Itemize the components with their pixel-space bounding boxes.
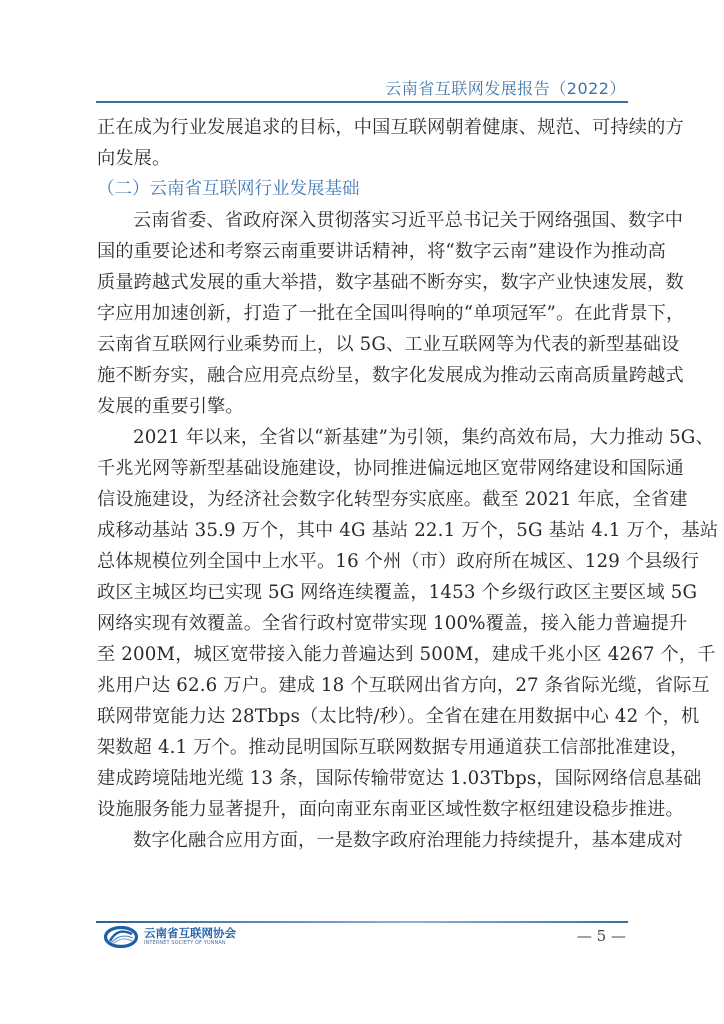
report-title: 云南省互联网发展报告（2022） bbox=[385, 76, 626, 99]
page-number: — 5 — bbox=[577, 927, 626, 945]
text-line: 千兆光网等新型基础设施建设，协同推进偏远地区宽带网络建设和国际通 bbox=[97, 453, 629, 484]
society-name-en: INTERNET SOCIETY OF YUNNAN bbox=[144, 940, 236, 947]
text-line: 兆用户达 62.6 万户。建成 18 个互联网出省方向，27 条省际光缆，省际互 bbox=[97, 670, 629, 701]
text-line: 云南省互联网行业乘势而上，以 5G、工业互联网等为代表的新型基础设 bbox=[97, 329, 629, 360]
text-line: 至 200M，城区宽带接入能力普遍达到 500M，建成千兆小区 4267 个，千 bbox=[97, 639, 629, 670]
text-line: 数字化融合应用方面，一是数字政府治理能力持续提升，基本建成对 bbox=[97, 825, 629, 856]
text-line: 架数超 4.1 万个。推动昆明国际互联网数据专用通道获工信部批准建设， bbox=[97, 732, 629, 763]
text-line: 向发展。 bbox=[97, 143, 629, 174]
text-line: 联网带宽能力达 28Tbps（太比特/秒）。全省在建在用数据中心 42 个，机 bbox=[97, 701, 629, 732]
society-name-cn: 云南省互联网协会 bbox=[144, 927, 236, 940]
text-line: 质量跨越式发展的重大举措，数字基础不断夯实，数字产业快速发展，数 bbox=[97, 267, 629, 298]
text-line: 国的重要论述和考察云南重要讲话精神，将“数字云南”建设作为推动高 bbox=[97, 236, 629, 267]
text-line: 总体规模位列全国中上水平。16 个州（市）政府所在城区、129 个县级行 bbox=[97, 546, 629, 577]
society-logo: 云南省互联网协会 INTERNET SOCIETY OF YUNNAN bbox=[104, 926, 236, 948]
text-line: 建成跨境陆地光缆 13 条，国际传输带宽达 1.03Tbps，国际网络信息基础 bbox=[97, 763, 629, 794]
paragraph-applications: 数字化融合应用方面，一是数字政府治理能力持续提升，基本建成对 bbox=[97, 825, 629, 856]
footer-divider bbox=[96, 921, 628, 923]
section-heading: （二）云南省互联网行业发展基础 bbox=[97, 174, 629, 205]
paragraph-foundation: 云南省委、省政府深入贯彻落实习近平总书记关于网络强国、数字中 国的重要论述和考察… bbox=[97, 205, 629, 422]
text-line: 政区主城区均已实现 5G 网络连续覆盖，1453 个乡级行政区主要区域 5G bbox=[97, 577, 629, 608]
text-line: 发展的重要引擎。 bbox=[97, 391, 629, 422]
society-emblem-icon bbox=[104, 926, 138, 948]
text-line: 施不断夯实，融合应用亮点纷呈，数字化发展成为推动云南高质量跨越式 bbox=[97, 360, 629, 391]
text-line: 成移动基站 35.9 万个，其中 4G 基站 22.1 万个，5G 基站 4.1… bbox=[97, 515, 629, 546]
paragraph-infrastructure: 2021 年以来，全省以“新基建”为引领，集约高效布局，大力推动 5G、 千兆光… bbox=[97, 422, 629, 825]
page-body: 正在成为行业发展追求的目标，中国互联网朝着健康、规范、可持续的方 向发展。 （二… bbox=[97, 112, 629, 856]
paragraph-continued: 正在成为行业发展追求的目标，中国互联网朝着健康、规范、可持续的方 向发展。 bbox=[97, 112, 629, 174]
text-line: 设施服务能力显著提升，面向南亚东南亚区域性数字枢纽建设稳步推进。 bbox=[97, 794, 629, 825]
text-line: 正在成为行业发展追求的目标，中国互联网朝着健康、规范、可持续的方 bbox=[97, 112, 629, 143]
text-line: 2021 年以来，全省以“新基建”为引领，集约高效布局，大力推动 5G、 bbox=[97, 422, 629, 453]
header-divider bbox=[96, 101, 628, 103]
text-line: 信设施建设，为经济社会数字化转型夯实底座。截至 2021 年底，全省建 bbox=[97, 484, 629, 515]
text-line: 字应用加速创新，打造了一批在全国叫得响的“单项冠军”。在此背景下， bbox=[97, 298, 629, 329]
text-line: 云南省委、省政府深入贯彻落实习近平总书记关于网络强国、数字中 bbox=[97, 205, 629, 236]
text-line: 网络实现有效覆盖。全省行政村宽带实现 100%覆盖，接入能力普遍提升 bbox=[97, 608, 629, 639]
